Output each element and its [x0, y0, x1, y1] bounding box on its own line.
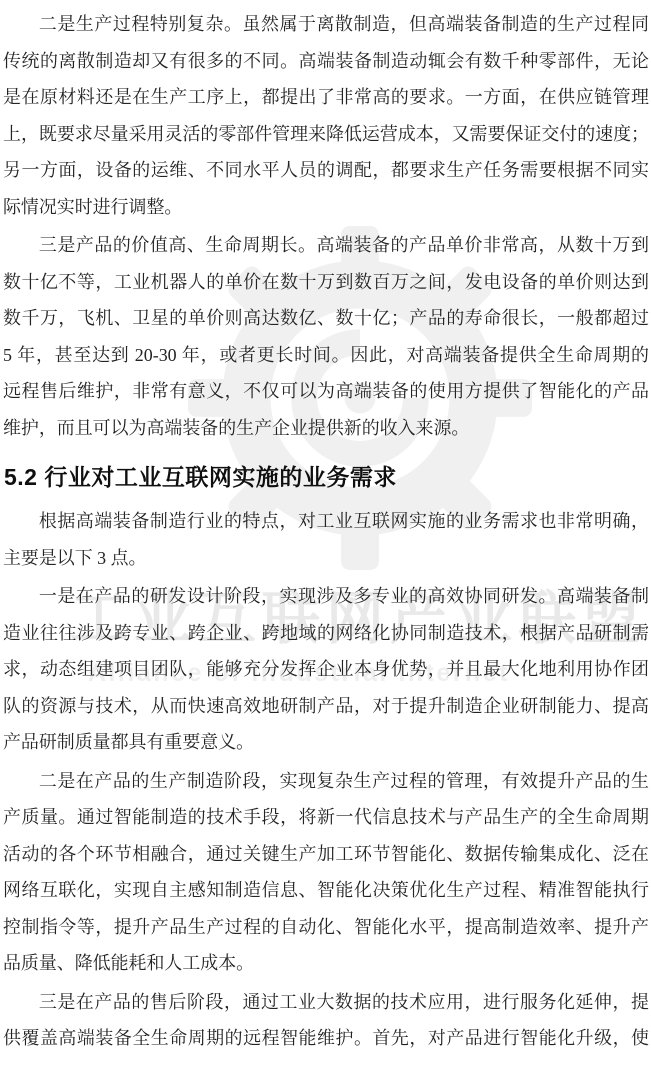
paragraph-rd-design: 一是在产品的研发设计阶段，实现涉及多专业的高效协同研发。高端装备制 造业往往涉及… — [3, 578, 649, 761]
text-line: 数十亿不等，工业机器人的单价在数十万到数百万之间，发电设备的单价则达到 — [3, 264, 649, 301]
text-line: 供覆盖高端装备全生命周期的远程智能维护。首先，对产品进行智能化升级，使 — [3, 1020, 649, 1057]
text-line: 造业往往涉及跨专业、跨企业、跨地域的网络化协同制造技术，根据产品研制需 — [3, 615, 649, 652]
text-line: 上，既要求尽量采用灵活的零部件管理来降低运营成本，又需要保证交付的速度； — [3, 116, 649, 153]
text-line: 际情况实时进行调整。 — [3, 189, 649, 226]
text-line: 三是在产品的售后阶段，通过工业大数据的技术应用，进行服务化延伸，提 — [3, 984, 649, 1021]
text-line: 控制指令等，提升产品生产过程的自动化、智能化水平，提高制造效率、提升产 — [3, 909, 649, 946]
paragraph-aftersales: 三是在产品的售后阶段，通过工业大数据的技术应用，进行服务化延伸，提 供覆盖高端装… — [3, 984, 649, 1057]
section-heading: 5.2 行业对工业互联网实施的业务需求 — [4, 461, 649, 493]
text-line: 传统的离散制造却又有很多的不同。高端装备制造动辄会有数千种零部件，无论 — [3, 43, 649, 80]
text-line: 三是产品的价值高、生命周期长。高端装备的产品单价非常高，从数十万到 — [3, 227, 649, 264]
text-line: 5 年，甚至达到 20-30 年，或者更长时间。因此，对高端装备提供全生命周期的 — [3, 337, 649, 374]
text-line: 根据高端装备制造行业的特点，对工业互联网实施的业务需求也非常明确， — [3, 503, 649, 540]
text-line: 数千万，飞机、卫星的单价则高达数亿、数十亿；产品的寿命很长，一般都超过 — [3, 300, 649, 337]
text-line: 网络互联化，实现自主感知制造信息、智能化决策优化生产过程、精准智能执行 — [3, 872, 649, 909]
document-page: 二是生产过程特别复杂。虽然属于离散制造，但高端装备制造的生产过程同 传统的离散制… — [0, 0, 651, 1057]
text-line: 活动的各个环节相融合，通过关键生产加工环节智能化、数据传输集成化、泛在 — [3, 836, 649, 873]
paragraph-manufacturing: 二是在产品的生产制造阶段，实现复杂生产过程的管理，有效提升产品的生 产质量。通过… — [3, 763, 649, 982]
text-line: 一是在产品的研发设计阶段，实现涉及多专业的高效协同研发。高端装备制 — [3, 578, 649, 615]
text-line: 品质量、降低能耗和人工成本。 — [3, 945, 649, 982]
text-line: 队的资源与技术，从而快速高效地研制产品，对于提升制造企业研制能力、提高 — [3, 688, 649, 725]
text-line: 二是生产过程特别复杂。虽然属于离散制造，但高端装备制造的生产过程同 — [3, 6, 649, 43]
text-line: 远程售后维护，非常有意义，不仅可以为高端装备的使用方提供了智能化的产品 — [3, 373, 649, 410]
text-line: 产质量。通过智能制造的技术手段，将新一代信息技术与产品生产的全生命周期 — [3, 799, 649, 836]
text-line: 求，动态组建项目团队，能够充分发挥企业本身优势，并且最大化地利用协作团 — [3, 651, 649, 688]
text-line: 是在原材料还是在生产工序上，都提出了非常高的要求。一方面，在供应链管理 — [3, 79, 649, 116]
paragraph-production-complexity: 二是生产过程特别复杂。虽然属于离散制造，但高端装备制造的生产过程同 传统的离散制… — [3, 6, 649, 225]
text-line: 维护，而且可以为高端装备的生产企业提供新的收入来源。 — [3, 410, 649, 447]
text-line: 主要是以下 3 点。 — [3, 540, 649, 577]
paragraph-value-longevity: 三是产品的价值高、生命周期长。高端装备的产品单价非常高，从数十万到 数十亿不等，… — [3, 227, 649, 446]
text-line: 产品研制质量都具有重要意义。 — [3, 724, 649, 761]
text-line: 二是在产品的生产制造阶段，实现复杂生产过程的管理，有效提升产品的生 — [3, 763, 649, 800]
text-line: 另一方面，设备的运维、不同水平人员的调配，都要求生产任务需要根据不同实 — [3, 152, 649, 189]
paragraph-intro: 根据高端装备制造行业的特点，对工业互联网实施的业务需求也非常明确， 主要是以下 … — [3, 503, 649, 576]
